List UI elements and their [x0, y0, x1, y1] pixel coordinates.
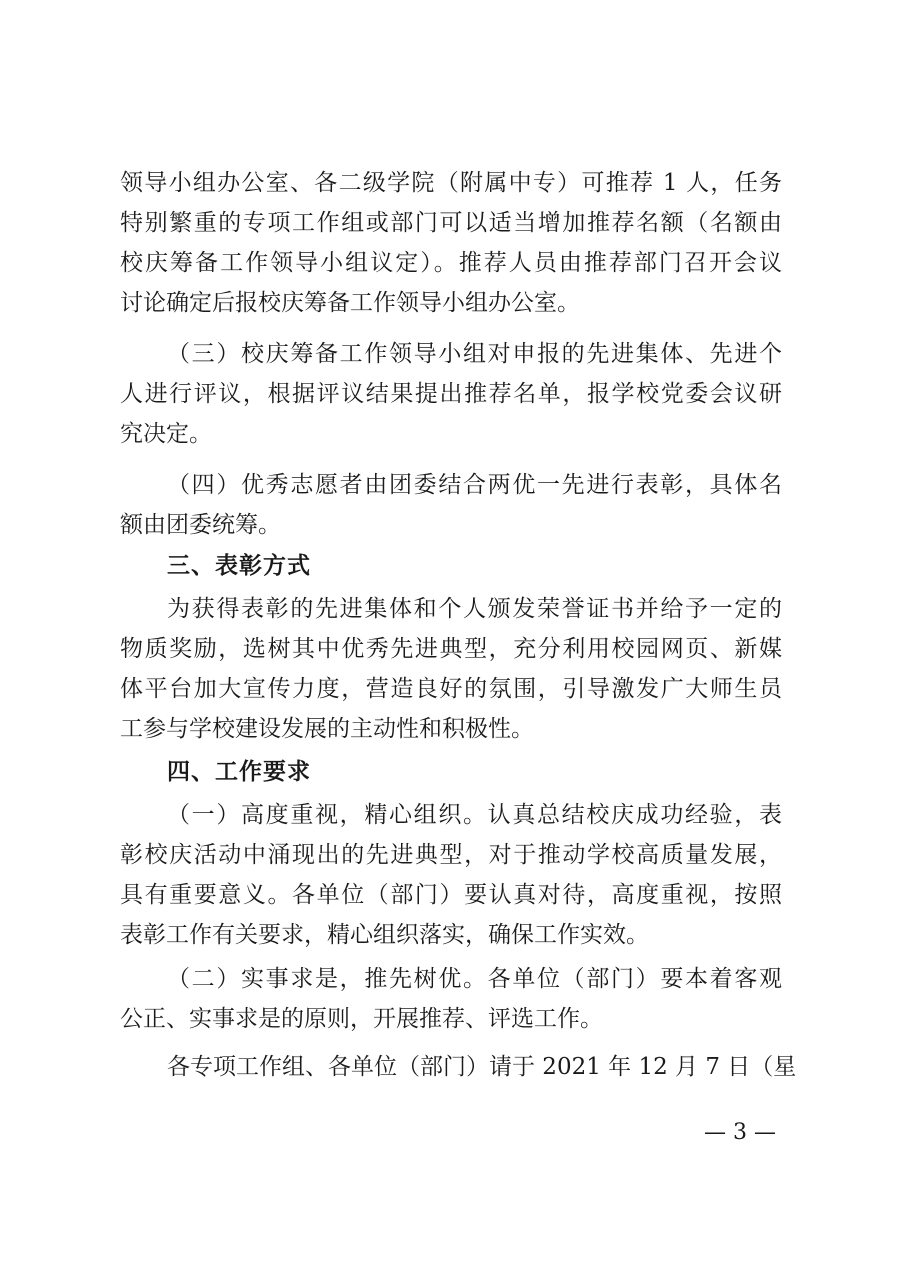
document-page: 领导小组办公室、各二级学院（附属中专）可推荐 1 人，任务 特别繁重的专项工作组…: [0, 0, 900, 1272]
paragraph-line: 公正、实事求是的原则，开展推荐、评选工作。: [120, 1002, 782, 1036]
paragraph-line: 特别繁重的专项工作组或部门可以适当增加推荐名额（名额由: [120, 206, 782, 240]
paragraph-line: 究决定。: [120, 417, 782, 451]
paragraph-line: （二）实事求是，推先树优。各单位（部门）要本着客观: [167, 962, 782, 996]
paragraph-line: 人进行评议，根据评议结果提出推荐名单，报学校党委会议研: [120, 377, 782, 411]
section-heading: 三、表彰方式: [167, 549, 782, 583]
paragraph-line: 具有重要意义。各单位（部门）要认真对待，高度重视，按照: [120, 878, 782, 912]
paragraph-line: 为获得表彰的先进集体和个人颁发荣誉证书并给予一定的: [167, 592, 782, 626]
paragraph-line: 表彰工作有关要求，精心组织落实，确保工作实效。: [120, 918, 782, 952]
paragraph-line: （四）优秀志愿者由团委结合两优一先进行表彰，具体名: [167, 468, 782, 502]
paragraph-line: （三）校庆筹备工作领导小组对申报的先进集体、先进个: [167, 337, 782, 371]
paragraph-line: 体平台加大宣传力度，营造良好的氛围，引导激发广大师生员: [120, 672, 782, 706]
paragraph-line: 讨论确定后报校庆筹备工作领导小组办公室。: [120, 286, 782, 320]
section-heading: 四、工作要求: [167, 755, 782, 789]
paragraph-line: 各专项工作组、各单位（部门）请于 2021 年 12 月 7 日（星: [167, 1050, 782, 1084]
page-number: — 3 —: [700, 1117, 780, 1149]
paragraph-line: （一）高度重视，精心组织。认真总结校庆成功经验，表: [167, 798, 782, 832]
paragraph-line: 校庆筹备工作领导小组议定）。推荐人员由推荐部门召开会议: [120, 246, 782, 280]
paragraph-line: 工参与学校建设发展的主动性和积极性。: [120, 712, 782, 746]
paragraph-line: 领导小组办公室、各二级学院（附属中专）可推荐 1 人，任务: [120, 166, 782, 200]
paragraph-line: 物质奖励，选树其中优秀先进典型，充分利用校园网页、新媒: [120, 632, 782, 666]
paragraph-line: 额由团委统筹。: [120, 508, 782, 542]
paragraph-line: 彰校庆活动中涌现出的先进典型，对于推动学校高质量发展，: [120, 838, 782, 872]
